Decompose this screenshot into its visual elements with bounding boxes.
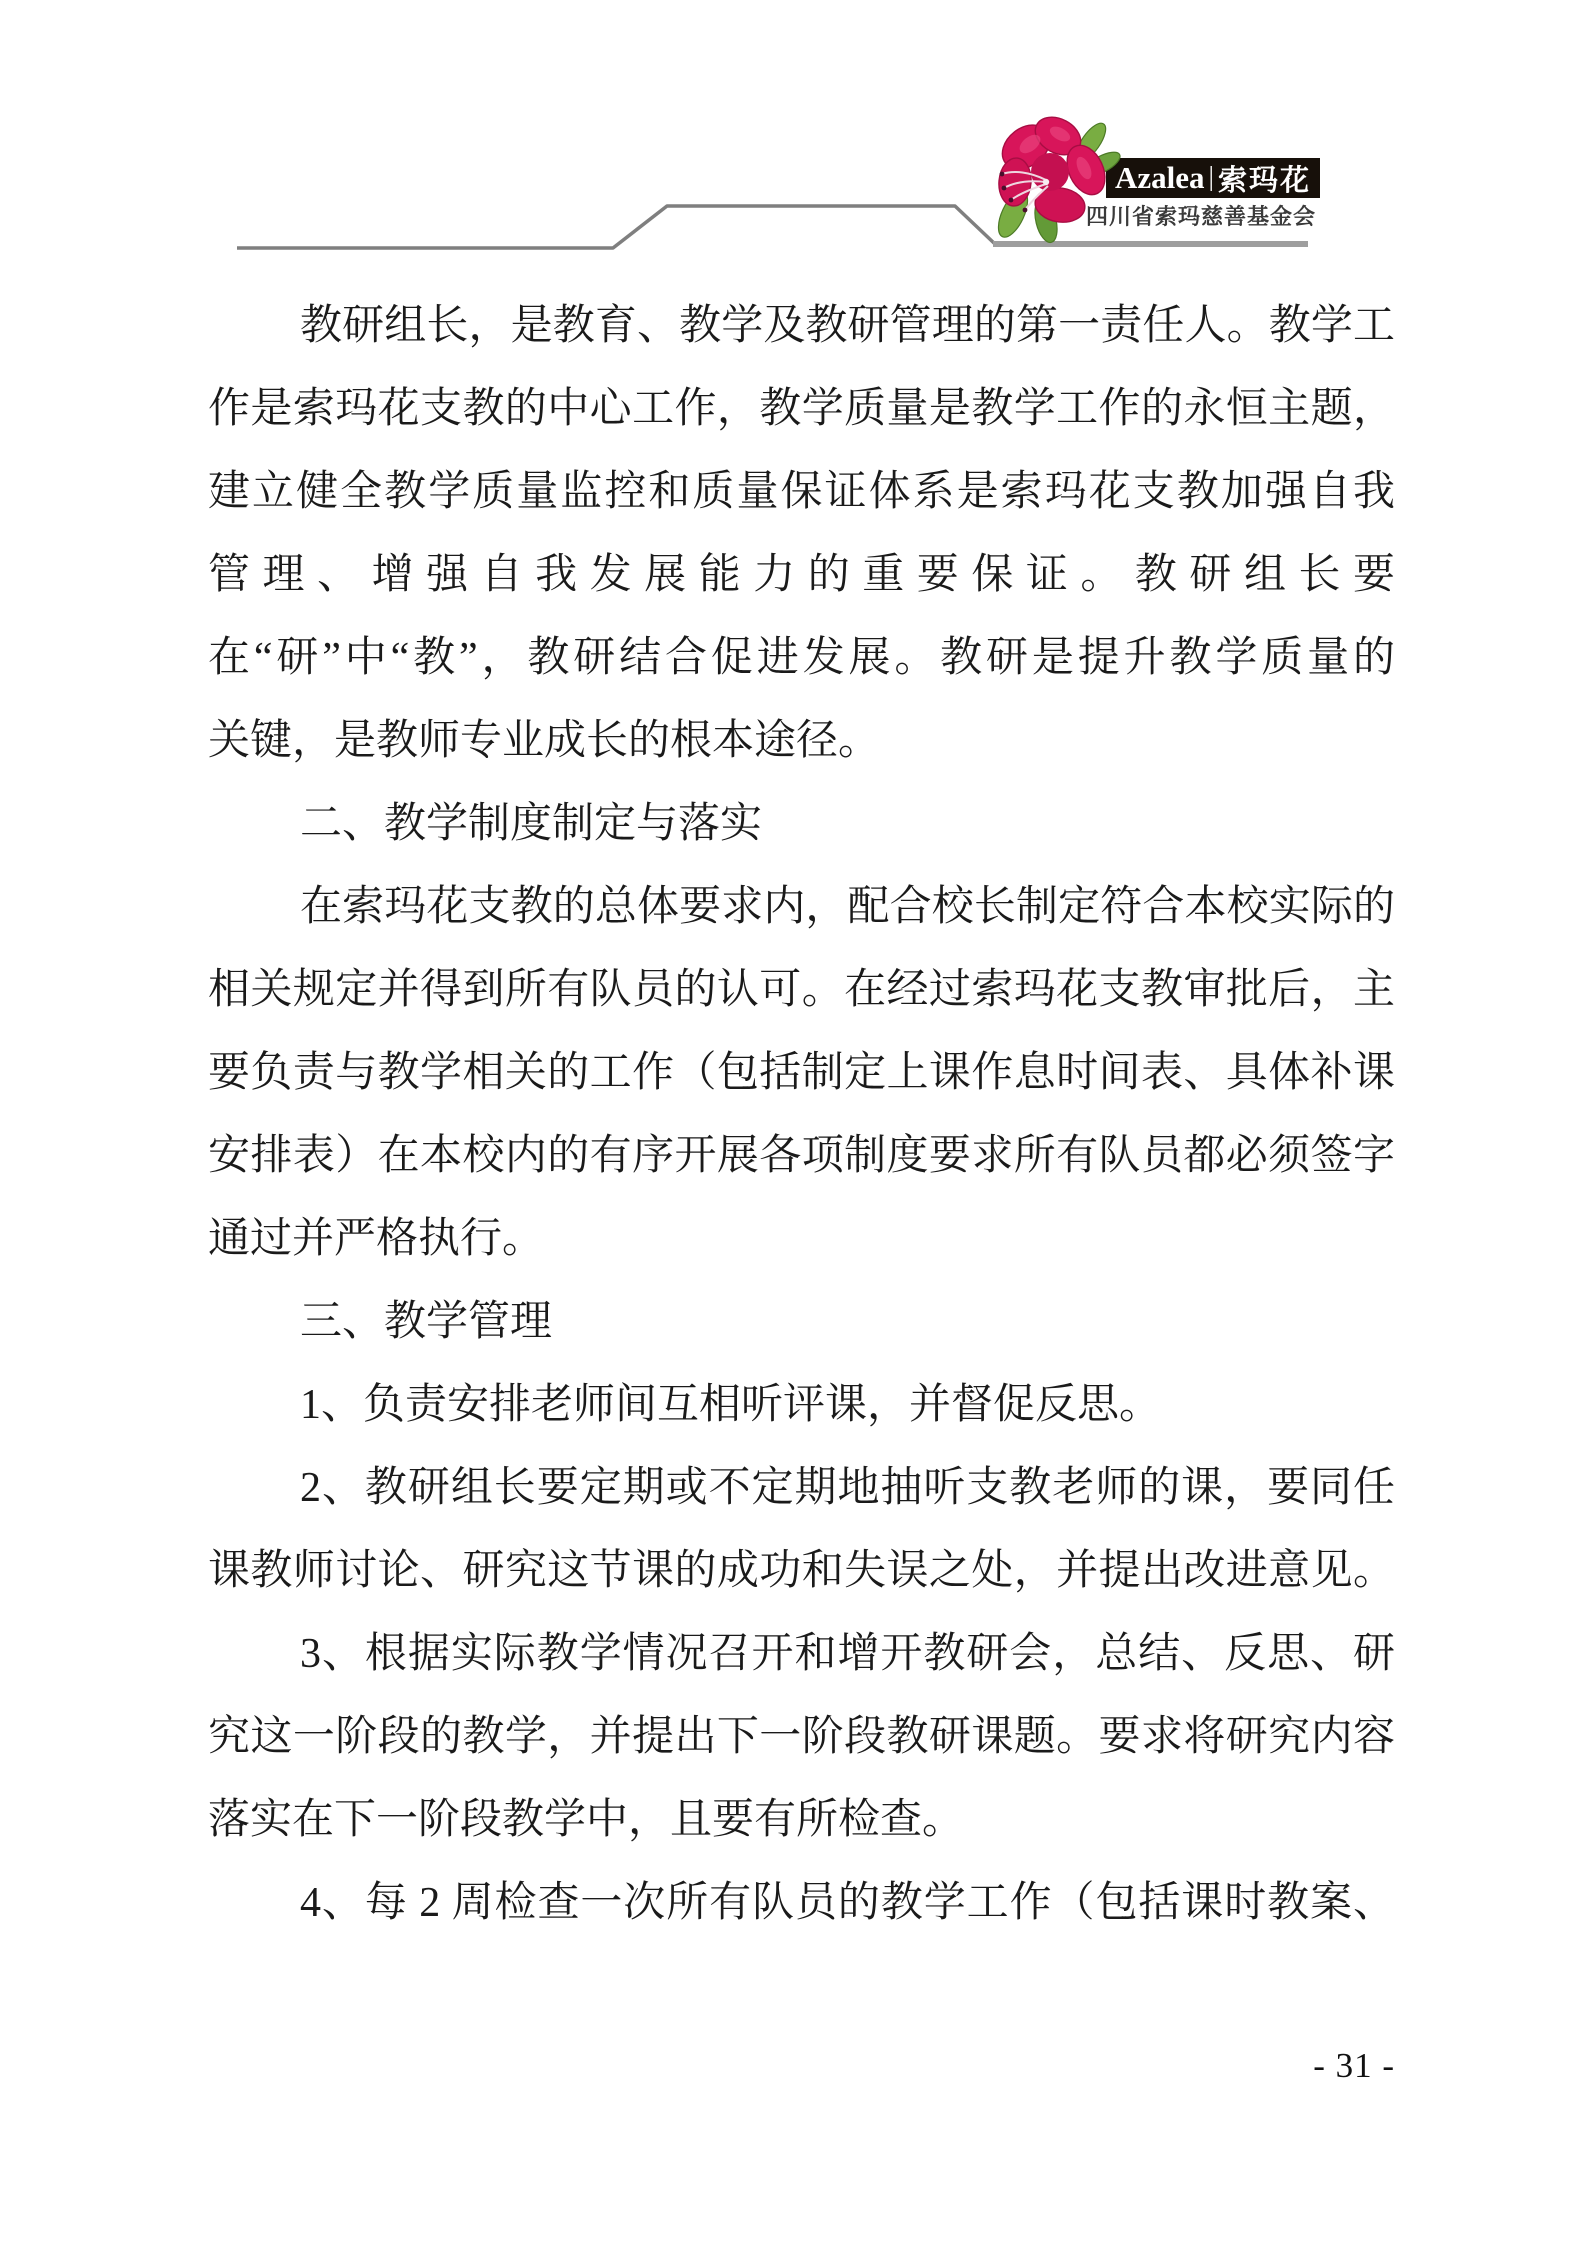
text-line: 落实在下一阶段教学中，且要有所检查。 xyxy=(208,1779,1395,1862)
text-line: 作是索玛花支教的中心工作，教学质量是教学工作的永恒主题， xyxy=(208,368,1395,451)
text-line: 建立健全教学质量监控和质量保证体系是索玛花支教加强自我 xyxy=(208,451,1395,534)
logo-banner: Azalea | 索玛花 xyxy=(1106,158,1320,198)
brand-zh: 索玛花 xyxy=(1218,158,1311,198)
text-line: 通过并严格执行。 xyxy=(208,1198,1395,1281)
text-line: 相关规定并得到所有队员的认可。在经过索玛花支教审批后，主 xyxy=(208,949,1395,1032)
document-body: 教研组长，是教育、教学及教研管理的第一责任人。教学工 作是索玛花支教的中心工作，… xyxy=(208,285,1395,1945)
azalea-flower-icon xyxy=(988,102,1138,244)
text-line: 教研组长，是教育、教学及教研管理的第一责任人。教学工 xyxy=(208,285,1395,368)
document-page: Azalea | 索玛花 四川省索玛慈善基金会 xyxy=(0,0,1587,2245)
text-line: 关键，是教师专业成长的根本途径。 xyxy=(208,700,1395,783)
list-item: 3、根据实际教学情况召开和增开教研会，总结、反思、研 xyxy=(208,1613,1395,1696)
text-line: 安排表）在本校内的有序开展各项制度要求所有队员都必须签字 xyxy=(208,1115,1395,1198)
list-item: 2、教研组长要定期或不定期地抽听支教老师的课，要同任 xyxy=(208,1447,1395,1530)
list-item: 1、负责安排老师间互相听评课，并督促反思。 xyxy=(208,1364,1395,1447)
section-heading: 三、教学管理 xyxy=(208,1281,1395,1364)
text-line: 在索玛花支教的总体要求内，配合校长制定符合本校实际的 xyxy=(208,866,1395,949)
flower-center xyxy=(1043,179,1049,185)
text-line: 要负责与教学相关的工作（包括制定上课作息时间表、具体补课 xyxy=(208,1032,1395,1115)
text-line: 究这一阶段的教学，并提出下一阶段教研课题。要求将研究内容 xyxy=(208,1696,1395,1779)
text-line: 管理、增强自我发展能力的重要保证。教研组长要在“教”中“研”， xyxy=(208,534,1395,617)
section-heading: 二、教学制度制定与落实 xyxy=(208,783,1395,866)
list-item: 4、每 2 周检查一次所有队员的教学工作（包括课时教案、 xyxy=(208,1862,1395,1945)
text-line: 课教师讨论、研究这节课的成功和失误之处，并提出改进意见。 xyxy=(208,1530,1395,1613)
page-number: - 31 - xyxy=(995,2042,1395,2090)
header-rule-line xyxy=(0,0,1587,320)
brand-separator: | xyxy=(1209,161,1214,192)
text-line: 在“研”中“教”，教研结合促进发展。教研是提升教学质量的 xyxy=(208,617,1395,700)
